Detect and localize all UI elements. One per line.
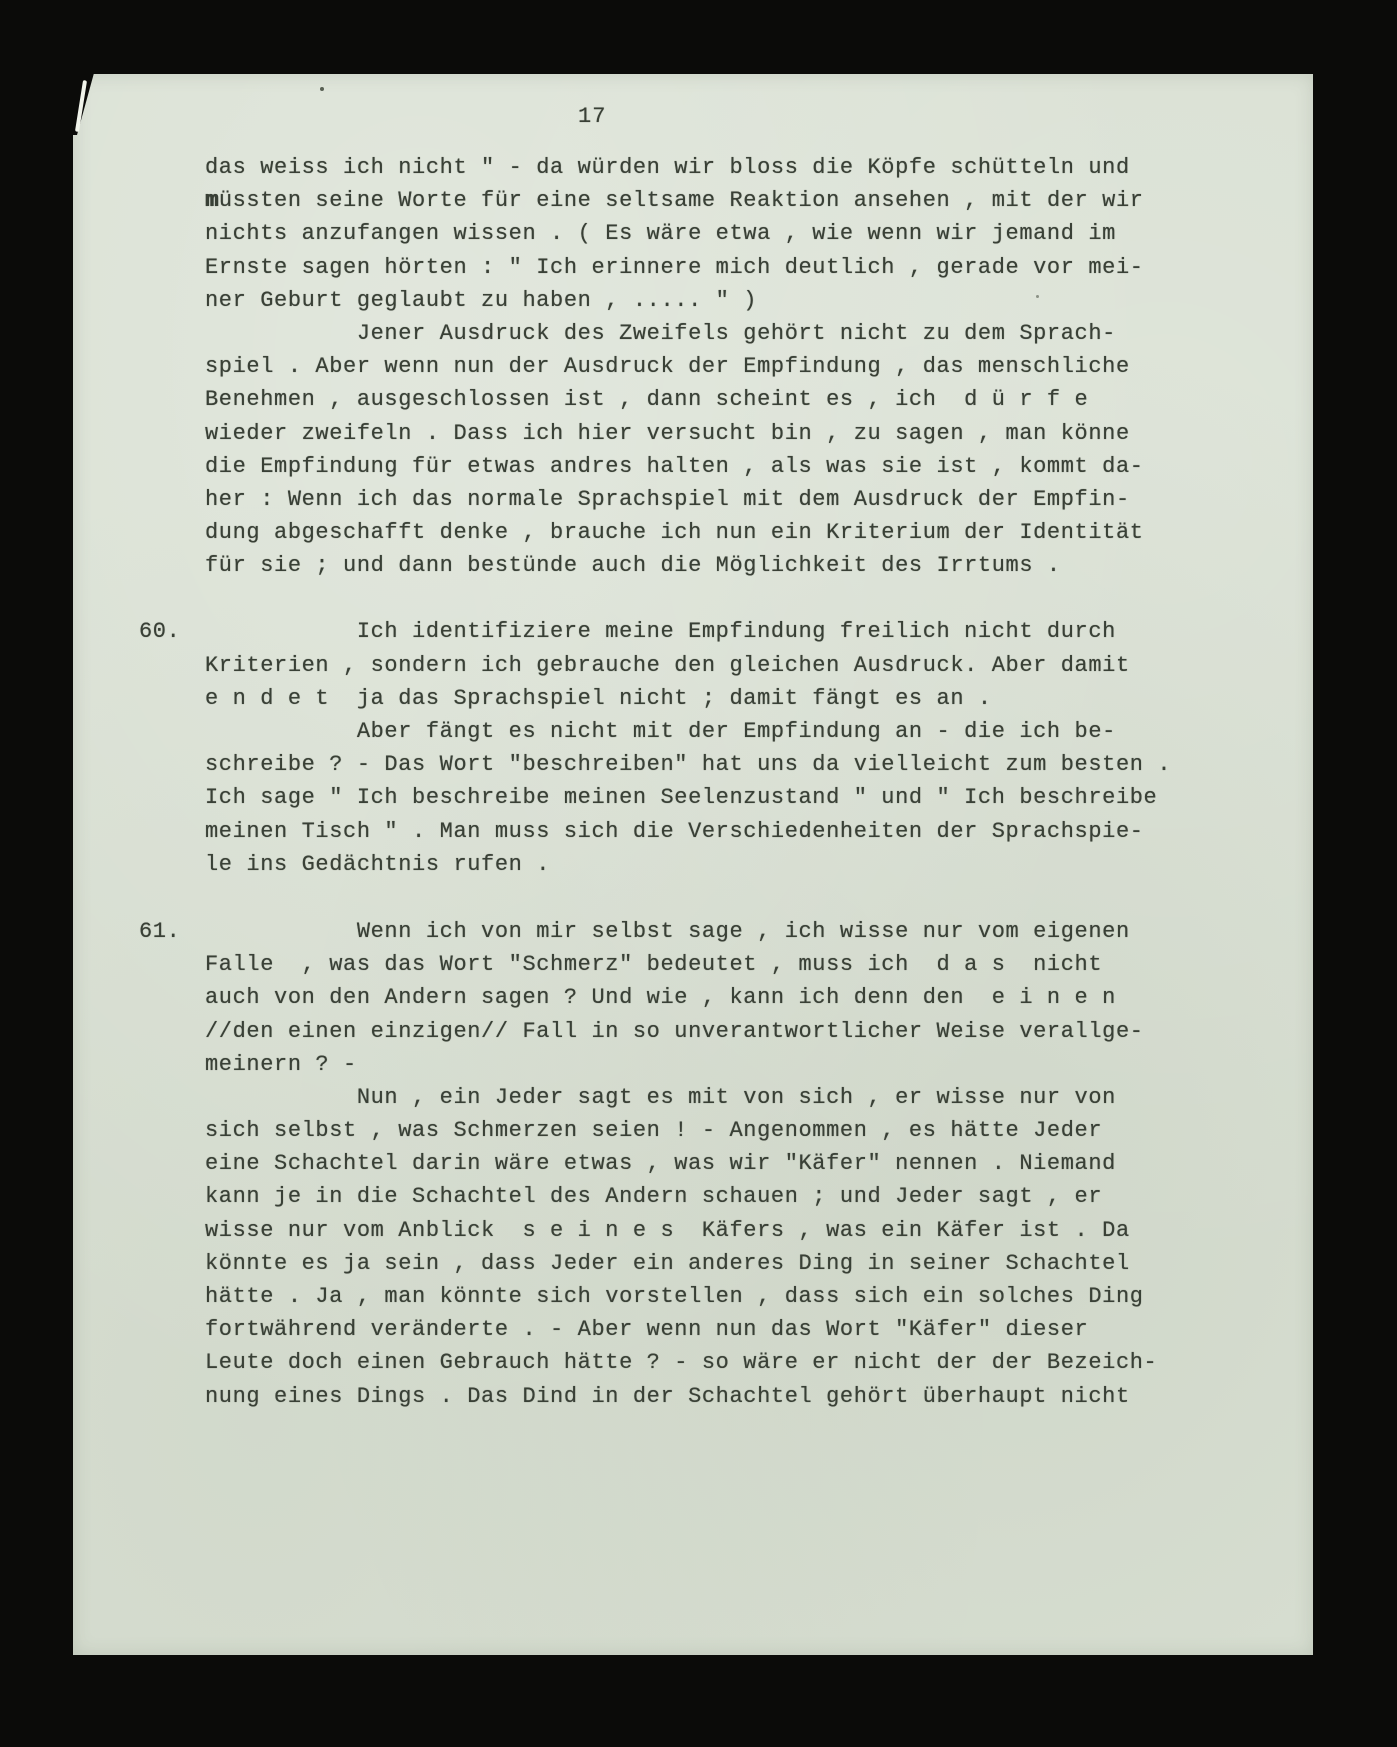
paragraph-block-intro: das weiss ich nicht " - da würden wir bl… (205, 151, 1171, 582)
text-line: Falle , was das Wort "Schmerz" bedeutet … (205, 948, 1171, 981)
text-line: für sie ; und dann bestünde auch die Mög… (205, 549, 1171, 582)
text-line: hätte . Ja , man könnte sich vorstellen … (205, 1280, 1171, 1313)
text-line: Jener Ausdruck des Zweifels gehört nicht… (205, 317, 1171, 350)
section-60: 60. Ich identifiziere meine Empfindung f… (205, 615, 1171, 881)
document-page: 17 das weiss ich nicht " - da würden wir… (73, 74, 1313, 1655)
text-line: Wenn ich von mir selbst sage , ich wisse… (205, 915, 1171, 948)
text-line: wisse nur vom Anblick s e i n e s Käfers… (205, 1214, 1171, 1247)
text-line: //den einen einzigen// Fall in so unvera… (205, 1015, 1171, 1048)
text-line: meinern ? - (205, 1048, 1171, 1081)
text-line: sich selbst , was Schmerzen seien ! - An… (205, 1114, 1171, 1147)
text-line: e n d e t ja das Sprachspiel nicht ; dam… (205, 682, 1171, 715)
text-line: müssten seine Worte für eine seltsame Re… (205, 184, 1171, 217)
text-line: ner Geburt geglaubt zu haben , ..... " ) (205, 284, 1171, 317)
scan-background: { "page": { "number": "17", "paper_color… (0, 0, 1397, 1747)
text-line: her : Wenn ich das normale Sprachspiel m… (205, 483, 1171, 516)
text-line: Benehmen , ausgeschlossen ist , dann sch… (205, 383, 1171, 416)
text-line: eine Schachtel darin wäre etwas , was wi… (205, 1147, 1171, 1180)
text-line: kann je in die Schachtel des Andern scha… (205, 1180, 1171, 1213)
section-number-60: 60. (139, 615, 180, 648)
text-line: auch von den Andern sagen ? Und wie , ka… (205, 981, 1171, 1014)
ink-speck (320, 87, 324, 91)
text-line: nung eines Dings . Das Dind in der Schac… (205, 1380, 1171, 1413)
page-number: 17 (578, 104, 606, 129)
text-line: das weiss ich nicht " - da würden wir bl… (205, 151, 1171, 184)
text-line: Nun , ein Jeder sagt es mit von sich , e… (205, 1081, 1171, 1114)
text-line: schreibe ? - Das Wort "beschreiben" hat … (205, 748, 1171, 781)
text-line: Ernste sagen hörten : " Ich erinnere mic… (205, 251, 1171, 284)
section-61: 61. Wenn ich von mir selbst sage , ich w… (205, 915, 1171, 1413)
text-line: wieder zweifeln . Dass ich hier versucht… (205, 417, 1171, 450)
text-line: könnte es ja sein , dass Jeder ein ander… (205, 1247, 1171, 1280)
text-line: le ins Gedächtnis rufen . (205, 848, 1171, 881)
section-number-61: 61. (139, 915, 180, 948)
text-line: Leute doch einen Gebrauch hätte ? - so w… (205, 1346, 1171, 1379)
text-line: Kriterien , sondern ich gebrauche den gl… (205, 649, 1171, 682)
typescript-text: das weiss ich nicht " - da würden wir bl… (205, 151, 1171, 1413)
text-line: die Empfindung für etwas andres halten ,… (205, 450, 1171, 483)
text-line: nichts anzufangen wissen . ( Es wäre etw… (205, 217, 1171, 250)
text-line: spiel . Aber wenn nun der Ausdruck der E… (205, 350, 1171, 383)
text-line: meinen Tisch " . Man muss sich die Versc… (205, 815, 1171, 848)
text-line: Aber fängt es nicht mit der Empfindung a… (205, 715, 1171, 748)
text-line: fortwährend veränderte . - Aber wenn nun… (205, 1313, 1171, 1346)
text-line: dung abgeschafft denke , brauche ich nun… (205, 516, 1171, 549)
text-line: Ich sage " Ich beschreibe meinen Seelenz… (205, 781, 1171, 814)
text-line: Ich identifiziere meine Empfindung freil… (205, 615, 1171, 648)
